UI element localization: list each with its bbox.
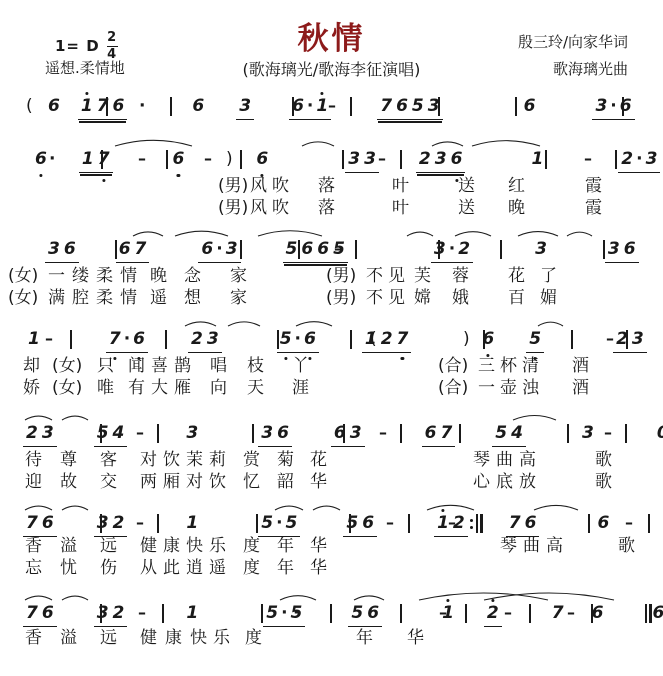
barline <box>100 424 102 443</box>
note-digit: 6 <box>524 95 536 117</box>
lyric-syllable: 乐 <box>213 628 230 649</box>
lyric-syllable: 见 <box>388 288 405 309</box>
augmentation-dot: · <box>216 238 222 260</box>
phrase-paren: ( <box>26 95 33 117</box>
augmentation-dot: · <box>139 95 145 117</box>
lyric-syllable: 琴 <box>500 536 517 557</box>
duration-dash: – <box>386 512 394 534</box>
note-digit: 5 <box>351 602 363 624</box>
note-digit: 7 <box>380 95 392 117</box>
note-digit: 1 <box>82 148 94 170</box>
note-group: 23 <box>188 328 222 353</box>
lyric-syllable: 风 <box>250 198 267 219</box>
barline <box>400 150 402 169</box>
augmentation-dot: · <box>293 602 299 624</box>
lyric-syllable: 忧 <box>60 558 77 579</box>
lyric-syllable: 了 <box>540 266 557 287</box>
note-digit: 3 <box>435 148 447 170</box>
note-group: 3 <box>183 422 201 446</box>
note-group: 1 <box>528 148 546 172</box>
note-digit: 6 <box>525 512 537 534</box>
note-group: 6 <box>521 95 539 119</box>
note-digit: 6 <box>652 602 663 624</box>
lyric-syllable: 天 <box>247 378 264 399</box>
note-digit: 6 <box>425 422 437 444</box>
barline <box>615 150 617 169</box>
barline <box>70 330 72 349</box>
lyric-syllable: 故 <box>60 472 77 493</box>
note-digit: 6 <box>42 602 54 624</box>
lyric-syllable: 腔 <box>72 288 89 309</box>
duration-dash: – <box>45 328 53 350</box>
augmentation-dot: · <box>124 328 130 350</box>
note-group: 6·3 <box>198 238 240 263</box>
note-digit: 6 <box>64 238 76 260</box>
lyric-row: 娇(女)唯有大雁向天涯(合)一壶浊酒 <box>0 378 663 404</box>
lyric-syllable: 丫 <box>292 356 309 377</box>
lyric-syllable: (女) <box>8 266 38 287</box>
note-digit: 2 <box>113 602 125 624</box>
note-digit: 3 <box>348 148 360 170</box>
augmentation-dot: · <box>295 328 301 350</box>
note-group: 3 <box>579 422 597 446</box>
lyric-syllable: 远 <box>100 628 117 649</box>
note-digit: 6 <box>173 148 185 170</box>
note-digit: 6 <box>451 148 463 170</box>
barline <box>438 97 440 116</box>
lyric-syllable: 饮 <box>209 472 226 493</box>
lyric-row: 忘忧伤从此逍遥度年华 <box>0 558 663 584</box>
note-digit: 6 <box>317 238 329 260</box>
barline <box>170 97 172 116</box>
barline <box>157 514 159 533</box>
note-digit: 3 <box>434 238 446 260</box>
barline <box>101 150 103 169</box>
note-group: 56 <box>348 602 382 627</box>
note-digit: 6 <box>301 238 313 260</box>
note-group: 36 <box>45 238 79 263</box>
note-digit: 7 <box>397 328 409 350</box>
notation-line: 1–7·6235·61276·5(2317)33231– <box>0 328 663 354</box>
note-digit: 3 <box>595 95 607 117</box>
note-digit: 2 <box>381 328 393 350</box>
lyric-syllable: 却 <box>23 356 40 377</box>
note-group: 6 <box>32 148 50 172</box>
duration-dash: – <box>439 602 447 624</box>
lyric-syllable: 年 <box>356 628 373 649</box>
note-digit: 5 <box>97 422 109 444</box>
note-digit: 7 <box>98 148 110 170</box>
note-digit: 2 <box>487 602 499 624</box>
note-group: 63 <box>331 422 365 447</box>
note-digit: 3 <box>535 238 547 260</box>
lyric-syllable: 健 <box>140 628 157 649</box>
lyric-syllable: 华 <box>310 536 327 557</box>
lyric-syllable: 厢 <box>163 472 180 493</box>
note-digit: 6 <box>201 238 213 260</box>
note-group: 6·1 <box>289 95 331 120</box>
lyric-syllable: 放 <box>519 472 536 493</box>
barline <box>545 150 547 169</box>
augmentation-dot: · <box>281 602 287 624</box>
lyric-syllable: 快 <box>190 628 207 649</box>
barline <box>277 330 279 349</box>
note-digit: 7 <box>26 512 38 534</box>
lyric-row: 香溢远健康快乐度年华 <box>0 628 663 654</box>
lyric-syllable: 香 <box>25 536 42 557</box>
lyric-syllable: (男) <box>218 176 248 197</box>
barline <box>298 240 300 259</box>
barline <box>343 424 345 443</box>
note-digit: 5 <box>286 512 298 534</box>
note-digit: 3 <box>239 95 251 117</box>
barline <box>256 514 258 533</box>
lyric-syllable: 莉 <box>209 450 226 471</box>
barline <box>529 604 531 623</box>
note-digit: 5 <box>261 512 273 534</box>
note-digit: 3 <box>364 148 376 170</box>
lyric-syllable: 迎 <box>25 472 42 493</box>
note-digit: 5 <box>286 238 298 260</box>
lyric-syllable: 家 <box>230 288 247 309</box>
note-group: 2 <box>484 602 502 627</box>
lyric-syllable: 客 <box>100 450 117 471</box>
note-digit: 7 <box>135 238 147 260</box>
note-digit: 4 <box>511 422 523 444</box>
note-group: 32 <box>94 512 128 537</box>
duration-dash: – <box>584 148 592 170</box>
barline <box>166 150 168 169</box>
note-group: 6 <box>253 148 271 172</box>
barline <box>342 150 344 169</box>
barline <box>567 424 569 443</box>
lyric-row: (女)满腔柔情遥想家(男)不见嫦娥百媚 <box>0 288 663 314</box>
note-digit: 3 <box>632 328 644 350</box>
note-digit: 3 <box>207 328 219 350</box>
octave-dot-above <box>321 92 324 95</box>
augmentation-dot: · <box>636 148 642 170</box>
lyric-syllable: 高 <box>546 536 563 557</box>
note-digit: 1 <box>316 95 328 117</box>
note-digit: 5 <box>280 328 292 350</box>
note-digit: 3 <box>350 422 362 444</box>
duration-dash: – <box>625 512 633 534</box>
note-digit: 6 <box>277 422 289 444</box>
note-group: 67 <box>116 238 150 263</box>
note-digit: 1 <box>28 328 40 350</box>
lyric-syllable: 家 <box>230 266 247 287</box>
lyric-syllable: (男) <box>326 288 356 309</box>
lyric-syllable: 两 <box>140 472 157 493</box>
note-digit: 7 <box>26 602 38 624</box>
note-digit: 6 <box>624 238 636 260</box>
thick-bar <box>480 514 484 533</box>
augmentation-dot: · <box>449 238 455 260</box>
lyric-syllable: (男) <box>218 198 248 219</box>
lyric-syllable: 伤 <box>100 558 117 579</box>
lyric-syllable: 不 <box>366 266 383 287</box>
lyric-syllable: 有 <box>128 378 145 399</box>
lyric-syllable: 对 <box>186 472 203 493</box>
barline <box>165 330 167 349</box>
note-digit: 2 <box>191 328 203 350</box>
lyric-syllable: 娇 <box>23 378 40 399</box>
note-group: 36 <box>258 422 292 447</box>
augmentation-dot: · <box>610 95 616 117</box>
note-digit: 3 <box>226 238 238 260</box>
lyric-syllable: 三 <box>478 356 495 377</box>
duration-dash: – <box>448 512 456 534</box>
lyric-syllable: 香 <box>25 628 42 649</box>
barline <box>625 424 627 443</box>
duration-dash: – <box>378 148 386 170</box>
barline <box>162 604 164 623</box>
lyric-syllable: (女) <box>52 378 82 399</box>
duration-dash: – <box>504 602 512 624</box>
lyric-syllable: 曲 <box>523 536 540 557</box>
lyric-syllable: 忆 <box>243 472 260 493</box>
note-digit: 3 <box>48 238 60 260</box>
barline <box>588 514 590 533</box>
duration-dash: – <box>136 422 144 444</box>
lyric-syllable: (女) <box>52 356 82 377</box>
barline <box>515 97 517 116</box>
barline <box>408 514 410 533</box>
lyric-syllable: 花 <box>508 266 525 287</box>
lyric-syllable: 芙 <box>414 266 431 287</box>
lyric-syllable: 待 <box>25 450 42 471</box>
lyric-syllable: 一 <box>48 266 65 287</box>
repeat-end-barline <box>470 514 483 533</box>
phrase-paren: ) <box>463 328 470 350</box>
note-digit: 5 <box>495 422 507 444</box>
note-digit: 6 <box>592 602 604 624</box>
barline <box>459 424 461 443</box>
barline <box>240 240 242 259</box>
lyric-syllable: (男) <box>326 266 356 287</box>
note-digit: 5 <box>412 95 424 117</box>
barline <box>252 424 254 443</box>
note-group: 2·3 <box>618 148 660 173</box>
note-digit: 2 <box>621 148 633 170</box>
score: (61766·36·176536–3·66323217623536·176–6–… <box>0 0 663 676</box>
duration-dash: – <box>567 602 575 624</box>
barline <box>622 97 624 116</box>
sheet-music-page: 1= D 2 4 遥想.柔情地 秋情 (歌海璃光/歌海李征演唱) 殷三玲/向家华… <box>0 0 663 676</box>
note-digit: 1 <box>531 148 543 170</box>
lyric-syllable: 唯 <box>97 378 114 399</box>
note-digit: 2 <box>113 512 125 534</box>
lyric-syllable: 年 <box>277 558 294 579</box>
note-group: 1 <box>25 328 43 352</box>
note-digit: 6 <box>113 95 125 117</box>
lyric-syllable: 从 <box>140 558 157 579</box>
duration-dash: – <box>328 95 336 117</box>
lyric-syllable: 酒 <box>572 378 589 399</box>
augmentation-dot: · <box>276 512 282 534</box>
lyric-syllable: 百 <box>508 288 525 309</box>
note-digit: 5 <box>266 602 278 624</box>
note-digit: 7 <box>109 328 121 350</box>
note-digit: 3 <box>186 422 198 444</box>
lyric-syllable: 情 <box>120 266 137 287</box>
lyric-syllable: 柔 <box>96 266 113 287</box>
barline <box>648 514 650 533</box>
thin-bar <box>476 514 478 533</box>
note-digit: 6 <box>256 148 268 170</box>
barline <box>400 424 402 443</box>
notation-line: 76321–5·5561·2766–6–6–60 <box>0 602 663 628</box>
note-group: 23 <box>613 328 647 353</box>
barline <box>292 97 294 116</box>
lyric-syllable: 一 <box>478 378 495 399</box>
lyric-syllable: 涯 <box>292 378 309 399</box>
lyric-syllable: 闻 <box>128 356 145 377</box>
note-group: 6 <box>170 148 188 172</box>
lyric-syllable: 媚 <box>540 288 557 309</box>
lyric-syllable: 情 <box>120 288 137 309</box>
lyric-syllable: 菊 <box>277 450 294 471</box>
lyric-syllable: 蓉 <box>452 266 469 287</box>
lyric-syllable: 康 <box>163 536 180 557</box>
lyric-syllable: 满 <box>48 288 65 309</box>
lyric-syllable: 琴 <box>473 450 490 471</box>
note-digit: 6 <box>396 95 408 117</box>
lyric-row: (男)风吹落叶送晚霞 <box>0 198 663 224</box>
lyric-syllable: 年 <box>277 536 294 557</box>
note-digit: 6 <box>42 512 54 534</box>
notation-line: (61766·36·176536–3·6632321762353 <box>0 95 663 121</box>
augmentation-dot: · <box>49 148 55 170</box>
lyric-syllable: 霞 <box>585 198 602 219</box>
lyric-syllable: 娥 <box>452 288 469 309</box>
lyric-syllable: (合) <box>438 378 468 399</box>
lyric-syllable: 华 <box>310 472 327 493</box>
notation-line: 36676·356653·23–36676·363432 <box>0 238 663 264</box>
note-group: 6 <box>594 512 612 536</box>
notation-line: 6·176–6–)332361–2·356176– <box>0 148 663 174</box>
lyric-syllable: 落 <box>318 198 335 219</box>
note-group: 17 <box>79 148 113 173</box>
note-group: 67 <box>422 422 456 447</box>
lyric-syllable: 逍 <box>186 558 203 579</box>
note-group: 23 <box>23 422 57 447</box>
note-group: 6 <box>45 95 63 119</box>
lyric-syllable: 饮 <box>163 450 180 471</box>
lyric-syllable: 风 <box>250 176 267 197</box>
barline <box>465 604 467 623</box>
lyric-syllable: 遥 <box>209 558 226 579</box>
duration-dash: – <box>138 148 146 170</box>
lyric-syllable: 溢 <box>60 536 77 557</box>
lyric-syllable: 嫦 <box>414 288 431 309</box>
lyric-syllable: 晚 <box>508 198 525 219</box>
barline <box>100 604 102 623</box>
note-digit: 6 <box>362 512 374 534</box>
lyric-syllable: 华 <box>310 558 327 579</box>
duration-dash: – <box>606 328 614 350</box>
lyric-syllable: 交 <box>100 472 117 493</box>
duration-dash: – <box>334 238 342 260</box>
lyric-syllable: 此 <box>163 558 180 579</box>
lyric-syllable: 心 <box>473 472 490 493</box>
thin-bar <box>645 604 647 623</box>
note-group: 54 <box>94 422 128 447</box>
duration-dash: – <box>604 422 612 444</box>
notation-line: 76321–5·55612766–6–361761– <box>0 512 663 538</box>
lyric-row: 迎故交两厢对饮忆韶华心底放歌 <box>0 472 663 498</box>
lyric-syllable: 红 <box>508 176 525 197</box>
note-group: 76 <box>506 512 540 537</box>
augmentation-dot: · <box>307 95 313 117</box>
note-digit: 6 <box>292 95 304 117</box>
lyric-syllable: 念 <box>184 266 201 287</box>
lyric-syllable: 度 <box>243 536 260 557</box>
note-digit: 3 <box>582 422 594 444</box>
note-digit: 0 <box>657 422 663 444</box>
note-group: 5 <box>526 328 544 353</box>
barline <box>106 97 108 116</box>
note-group: 7·6 <box>106 328 148 353</box>
lyric-syllable: 杯 <box>500 356 517 377</box>
lyric-syllable: 吹 <box>272 198 289 219</box>
lyric-syllable: 清 <box>522 356 539 377</box>
note-group: 1 <box>183 602 201 626</box>
note-digit: 3 <box>646 148 658 170</box>
lyric-syllable: 度 <box>245 628 262 649</box>
note-digit: 6 <box>597 512 609 534</box>
lyric-syllable: (合) <box>438 356 468 377</box>
lyric-syllable: 浊 <box>522 378 539 399</box>
note-group: 76 <box>23 602 57 627</box>
lyric-syllable: 缕 <box>72 266 89 287</box>
lyric-syllable: 不 <box>366 288 383 309</box>
lyric-syllable: 底 <box>496 472 513 493</box>
note-group: 3 <box>236 95 254 120</box>
lyric-syllable: 歌 <box>595 450 612 471</box>
barline <box>400 604 402 623</box>
lyric-syllable: 乐 <box>209 536 226 557</box>
lyric-syllable: 大 <box>151 378 168 399</box>
note-digit: 6 <box>48 95 60 117</box>
octave-dot-above <box>491 599 494 602</box>
note-digit: 1 <box>186 512 198 534</box>
note-group: 176 <box>78 95 128 120</box>
lyric-syllable: 茉 <box>186 450 203 471</box>
lyric-syllable: 韶 <box>277 472 294 493</box>
barline <box>438 240 440 259</box>
lyric-syllable: 落 <box>318 176 335 197</box>
lyric-syllable: 康 <box>165 628 182 649</box>
note-digit: 3 <box>97 512 109 534</box>
lyric-syllable: 对 <box>140 450 157 471</box>
barline <box>115 240 117 259</box>
duration-dash: – <box>204 148 212 170</box>
lyric-syllable: 忘 <box>25 558 42 579</box>
note-digit: 1 <box>81 95 93 117</box>
lyric-syllable: 曲 <box>496 450 513 471</box>
barline <box>100 514 102 533</box>
lyric-syllable: 唱 <box>210 356 227 377</box>
note-group: 3·6 <box>592 95 634 120</box>
lyric-syllable: 花 <box>310 450 327 471</box>
note-digit: 3 <box>97 602 109 624</box>
lyric-syllable: 晚 <box>150 266 167 287</box>
lyric-syllable: 想 <box>184 288 201 309</box>
repeat-dots <box>470 514 473 533</box>
barline <box>350 330 352 349</box>
barline <box>240 150 242 169</box>
